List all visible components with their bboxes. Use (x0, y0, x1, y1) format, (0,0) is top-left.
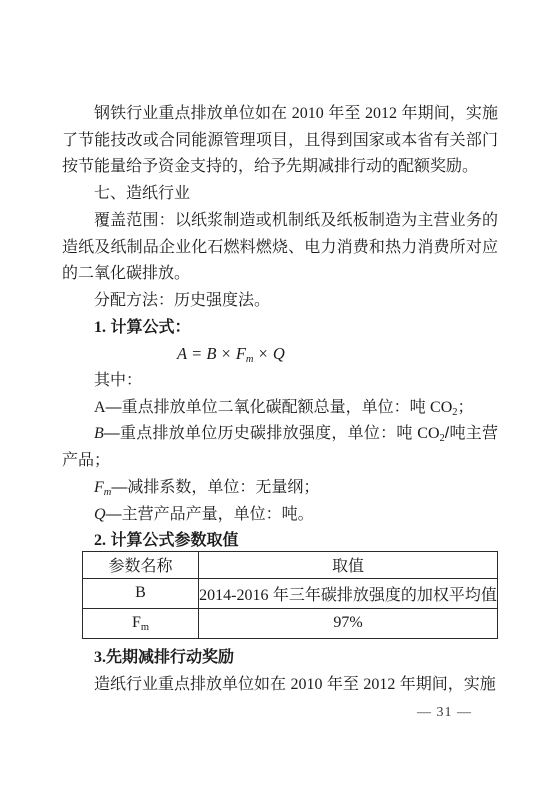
heading-text: 计算公式参数取值 (106, 532, 238, 549)
value-text: 年三年碳排放强度的加权平均值 (268, 587, 496, 604)
text-run: 年期间，实施 (395, 676, 495, 693)
value-cell: 2014-2016 年三年碳排放强度的加权平均值 (199, 578, 498, 608)
definition-a: A—重点排放单位二氧化碳配额总量，单位：吨 CO2； (62, 395, 498, 422)
formula-var-q: Q (273, 344, 285, 363)
param-cell: Fm (83, 608, 199, 638)
text-run: 七、造纸行业 (94, 185, 190, 202)
text-run: 造纸行业重点排放单位如在 (94, 676, 290, 693)
unit-co2: CO (417, 425, 439, 442)
text-run: ； (458, 399, 474, 416)
paragraph-paper-reward: 造纸行业重点排放单位如在 2010 年至 2012 年期间，实施 (62, 672, 498, 699)
param-cell: B (83, 578, 199, 608)
definition-q: Q—主营产品产量，单位：吨。 (62, 502, 498, 529)
value-number: 97% (333, 614, 362, 631)
equals-sign: = (187, 344, 206, 363)
variable-b: B (94, 425, 104, 442)
value-cell: 97% (199, 608, 498, 638)
param-symbol: F (132, 614, 141, 631)
table-row-b: B 2014-2016 年三年碳排放强度的加权平均值 (83, 578, 498, 608)
text-run: —重点排放单位二氧化碳配额总量，单位：吨 (106, 399, 430, 416)
document-page: 钢铁行业重点排放单位如在 2010 年至 2012 年期间，实施了节能技改或合同… (0, 0, 560, 792)
formula-subscript-m: m (246, 354, 254, 365)
text-run: —主营产品产量，单位：吨。 (106, 506, 314, 523)
text-run: 其中： (94, 372, 142, 389)
year-number: 2010 (290, 676, 322, 693)
table-header-value: 取值 (199, 551, 498, 578)
heading-number: 1. (94, 319, 106, 336)
text-run: 分配方法：历史强度法。 (94, 292, 270, 309)
table-row-fm: Fm 97% (83, 608, 498, 638)
text-run: 年至 (322, 676, 363, 693)
table-header-row: 参数名称 取值 (83, 551, 498, 578)
variable-a: A (94, 399, 106, 416)
heading-number: 3. (94, 649, 106, 666)
multiply-sign: × (217, 344, 236, 363)
paragraph-allocation-method: 分配方法：历史强度法。 (62, 288, 498, 315)
param-symbol: B (135, 584, 146, 601)
paragraph-steel-reward: 钢铁行业重点排放单位如在 2010 年至 2012 年期间，实施了节能技改或合同… (62, 101, 498, 181)
text-run: 年至 (324, 105, 365, 122)
heading-text: 计算公式： (106, 319, 190, 336)
section-title-paper-industry: 七、造纸行业 (62, 181, 498, 208)
paragraph-coverage-scope: 覆盖范围：以纸浆制造或机制纸及纸板制造为主营业务的造纸及纸制品企业化石燃料燃烧、… (62, 208, 498, 288)
year-number: 2010 (292, 105, 324, 122)
heading-early-reduction-reward: 3.先期减排行动奖励 (62, 645, 498, 672)
formula-line: A=B×Fm×Q (62, 341, 498, 368)
variable-f: F (94, 479, 104, 496)
variable-q: Q (94, 506, 106, 523)
unit-co2: CO (430, 399, 452, 416)
formula-var-a: A (177, 344, 187, 363)
heading-text: 先期减排行动奖励 (106, 649, 234, 666)
definition-fm: Fm—减排系数，单位：无量纲； (62, 475, 498, 502)
heading-calculation-formula: 1. 计算公式： (62, 315, 498, 342)
definition-b: B—重点排放单位历史碳排放强度，单位：吨 CO2/吨主营产品； (62, 421, 498, 474)
parameter-table: 参数名称 取值 B 2014-2016 年三年碳排放强度的加权平均值 Fm 97… (82, 551, 498, 639)
page-content: 钢铁行业重点排放单位如在 2010 年至 2012 年期间，实施了节能技改或合同… (62, 101, 498, 698)
year-number: 2012 (365, 105, 397, 122)
text-run: —减排系数，单位：无量纲； (111, 479, 319, 496)
multiply-sign: × (254, 344, 273, 363)
text-run: 覆盖范围：以纸浆制造或机制纸及纸板制造为主营业务的造纸及纸制品企业化石燃料燃烧、… (62, 212, 498, 282)
page-number: — 31 — (417, 705, 472, 721)
table-header-param-name: 参数名称 (83, 551, 199, 578)
year-number: 2012 (363, 676, 395, 693)
text-run: 钢铁行业重点排放单位如在 (94, 105, 292, 122)
formula-var-f: F (236, 344, 246, 363)
heading-number: 2. (94, 532, 106, 549)
value-number: 2014-2016 (199, 587, 268, 604)
formula-var-b: B (206, 344, 216, 363)
where-label: 其中： (62, 368, 498, 395)
text-run: —重点排放单位历史碳排放强度，单位：吨 (104, 425, 418, 442)
param-subscript: m (141, 622, 149, 633)
